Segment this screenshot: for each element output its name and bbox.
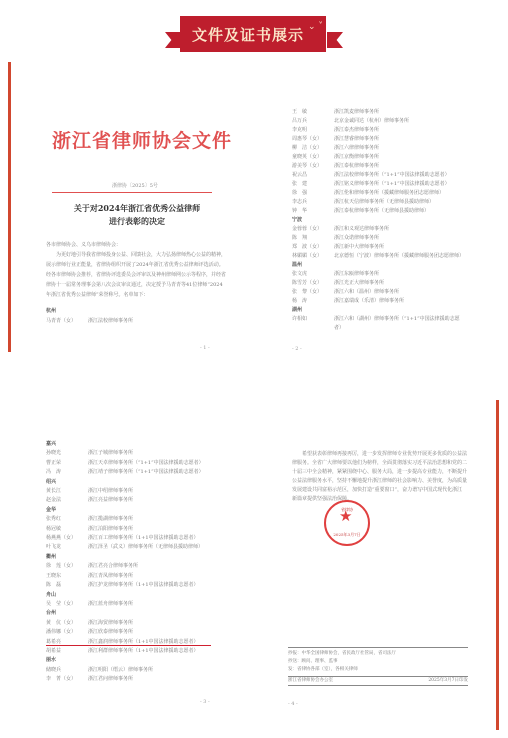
list-item: 吕万兵北京金诚同达（杭州）律师事务所 [292, 117, 472, 126]
list-item: 周惠琴（女）浙江慧睿律师事务所 [292, 135, 472, 144]
list-item: 杨燕燕（女）浙江百工律师事务所（1+1中国法律援助志愿者） [46, 534, 236, 543]
list-item: 曹正荣浙江天卓律师事务所（“1+1”中国法律援助志愿者） [46, 459, 236, 468]
list-item: 陈 磊浙江护龙律师事务所（1+1中国法律援助志愿者） [46, 581, 236, 590]
highlight-underline [46, 645, 211, 646]
list-item: 冯 涛浙江靖子律师事务所（“1+1”中国法律援助志愿者） [46, 468, 236, 477]
list-item: 钟 华浙江泰杭律师事务所（无律师县援助律师） [292, 207, 472, 216]
list-item: 王晓东浙江青凤律师事务所 [46, 572, 236, 581]
page-number: - 3 - [200, 698, 210, 707]
list-item: 王 敏浙江凯麦律师事务所 [292, 108, 472, 117]
list-item: 金蓉蓉（女）浙江和义观达律师事务所 [292, 225, 472, 234]
page-number: - 4 - [288, 700, 298, 709]
banner-ribbon-right [327, 32, 343, 48]
list-item: 潘伟娜（女）浙江欣泰律师事务所 [46, 628, 236, 637]
list-item: 吴 莹（女）浙江蓝舟律师事务所 [46, 600, 236, 609]
list-item: 许相如浙江六和（湖州）律师事务所（“1+1”中国法律援助志愿者） [292, 315, 472, 333]
doc-title-line2: 进行表彰的决定 [67, 215, 207, 228]
doc-number: 浙律协〔2025〕5号 [112, 182, 158, 191]
page-number: - 1 - [200, 344, 210, 353]
awardee-list: 王 敏浙江凯麦律师事务所 吕万兵北京金诚同达（杭州）律师事务所 李克明浙江泰杰律… [292, 108, 472, 333]
list-item: 李克明浙江泰杰律师事务所 [292, 126, 472, 135]
region-heading: 台州 [46, 609, 236, 618]
list-item: 童晓英（女）浙江京衡律师事务所 [292, 153, 472, 162]
list-item: 陈雪芳（女）浙江光正大律师事务所 [292, 279, 472, 288]
document-page-2: 王 敏浙江凯麦律师事务所 吕万兵北京金诚同达（杭州）律师事务所 李克明浙江泰杰律… [262, 62, 472, 352]
list-item: 郑 波（女）浙江新中大律师事务所 [292, 243, 472, 252]
region-heading: 嘉兴 [46, 440, 236, 449]
official-seal: 省律协 ★ 2025年3月7日 [324, 500, 370, 546]
red-divider [52, 192, 212, 193]
list-item: 李 菁（女）浙江君问律师事务所 [46, 675, 236, 684]
region-heading: 丽水 [46, 656, 236, 665]
page-number: - 2 - [292, 345, 302, 354]
region-heading: 舟山 [46, 591, 236, 600]
awardee-list: 嘉兴 孙晓光浙江子城律师事务所 曹正荣浙江天卓律师事务所（“1+1”中国法律援助… [46, 440, 236, 685]
list-item: 黄 伉（女）浙江海贸律师事务所 [46, 619, 236, 628]
list-item: 叶飞龙浙江泽圣（武义）律师事务所（无律师县援助律师） [46, 543, 236, 552]
banner-ribbon-left [165, 32, 181, 48]
salutation: 各市律师协会、义乌市律师协会： [46, 240, 226, 250]
distribution-footer: 抄报：中华全国律师协会，省民政厅社管局，省司法厅 抄送：顾问、理事、监事 发：省… [288, 647, 468, 686]
accent-bar-bottom-right [496, 400, 499, 730]
list-item: 张 建浙江铭义律师事务所（“1+1”中国法律援助志愿者） [292, 180, 472, 189]
list-item: 马青青（女） 浙江法校律师事务所 [46, 316, 226, 326]
list-item: 张秀红浙江揽湖律师事务所 [46, 515, 236, 524]
document-page-1: 浙江省律师协会文件 浙律协〔2025〕5号 关于对2024年浙江省优秀公益律师 … [32, 62, 242, 352]
closing-paragraph: 希望获表彰律师再接再厉，进一步发挥律师专业优势开展更多优质的公益法律服务。全省广… [292, 450, 467, 504]
list-item: 杨 涛浙江嘉瑞成（乐清）律师事务所 [292, 297, 472, 306]
list-item: 储晓兵浙江明阳（缙云）律师事务所 [46, 666, 236, 675]
list-item: 黄长江浙江中绍律师事务所 [46, 487, 236, 496]
list-item: 祝云昌浙江法校律师事务所（“1+1”中国法律援助志愿者） [292, 171, 472, 180]
document-page-3: 嘉兴 孙晓光浙江子城律师事务所 曹正荣浙江天卓律师事务所（“1+1”中国法律援助… [32, 400, 242, 710]
list-item: 孙晓光浙江子城律师事务所 [46, 449, 236, 458]
region-heading: 绍兴 [46, 478, 236, 487]
list-item: 徐 强浙江伦和律师事务所（援藏律师服务团志愿律师） [292, 189, 472, 198]
region-heading: 金华 [46, 506, 236, 515]
org-heading: 浙江省律师协会文件 [52, 137, 232, 146]
accent-bar-top-left [8, 62, 11, 352]
document-page-4: 希望获表彰律师再接再厉，进一步发挥律师专业优势开展更多优质的公益法律服务。全省广… [262, 400, 472, 710]
star-icon: ★ [339, 512, 352, 521]
region-heading: 温州 [292, 261, 472, 270]
region-heading: 湖州 [292, 306, 472, 315]
list-item: 游美琴（女）浙江泰杭律师事务所 [292, 162, 472, 171]
list-item: 张文虎浙江东瓯律师事务所 [292, 270, 472, 279]
list-item: 林媚媚（女）北京德恒（宁波）律师事务所（援藏律师服务团志愿律师） [292, 252, 472, 261]
doc-title-line1: 关于对2024年浙江省优秀公益律师 [67, 202, 207, 215]
doc-title: 关于对2024年浙江省优秀公益律师 进行表彰的决定 [67, 202, 207, 228]
list-item: 杨冠敏浙江泊阳律师事务所 [46, 525, 236, 534]
banner-title: 文件及证书展示 [192, 24, 304, 45]
page1-body: 各市律师协会、义乌市律师协会： 为更好地引导我省律师投身公益、回馈社会，大力弘扬… [46, 240, 226, 326]
region-heading: 宁波 [292, 216, 472, 225]
list-item: 赵金法浙江亮益律师事务所 [46, 496, 236, 505]
section-banner: 文件及证书展示 ⌄ ˅ [165, 16, 343, 52]
birds-icon: ⌄ ˅ [308, 22, 323, 32]
list-item: 柳 洁（女）浙江六律律师事务所 [292, 144, 472, 153]
list-item: 徐 莲（女）浙江君亮合律师事务所 [46, 562, 236, 571]
list-item-highlighted: 胡希益浙江利群律师事务所（1+1中国法律援助志愿者） [46, 647, 236, 656]
region-heading: 杭州 [46, 306, 226, 316]
region-heading: 衢州 [46, 553, 236, 562]
list-item: 李志兵浙江杭天信律师事务所（无律师县援助律师） [292, 198, 472, 207]
body-text: 为更好地引导我省律师投身公益、回馈社会，大力弘扬律师热心公益的精神，展示律师行业… [46, 250, 226, 300]
issue-bar: 浙江省律师协会办公室 2025年3月7日印发 [288, 676, 468, 686]
list-item: 陈 翔浙江众诺律师事务所 [292, 234, 472, 243]
list-item: 张 黎（女）浙江六和（温州）律师事务所 [292, 288, 472, 297]
